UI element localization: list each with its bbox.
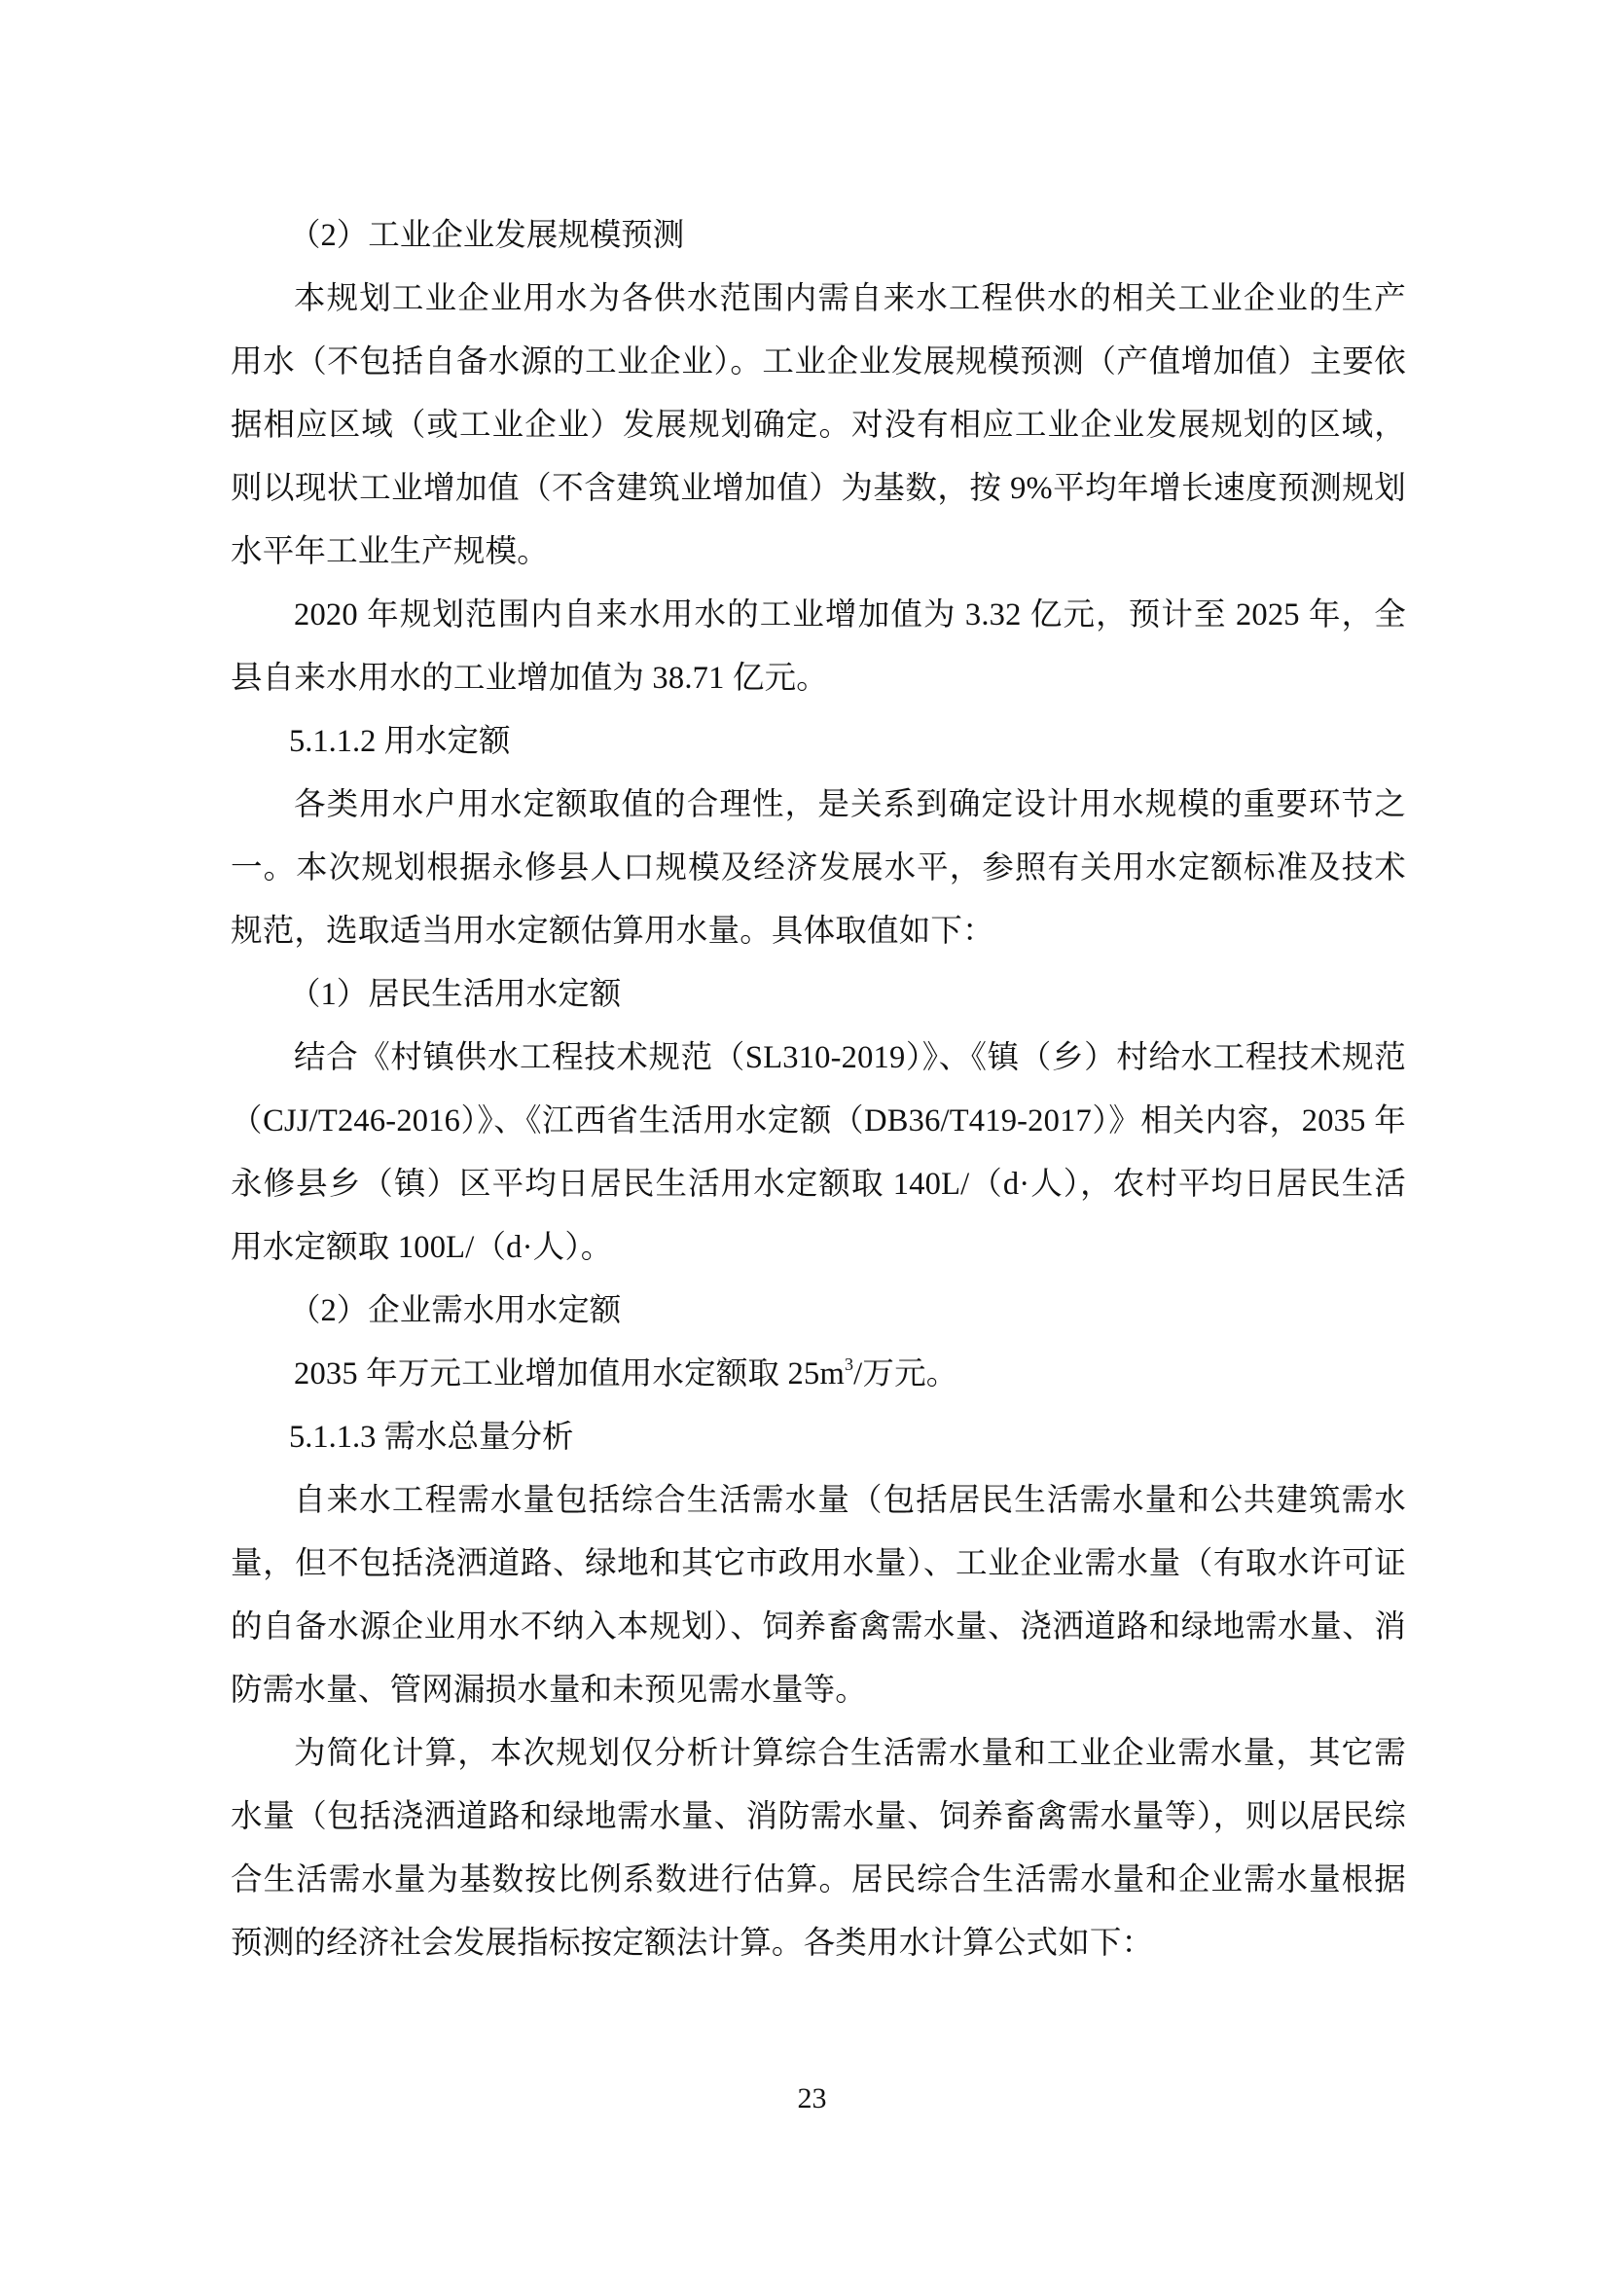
- paragraph-industrial-water-use: 本规划工业企业用水为各供水范围内需自来水工程供水的相关工业企业的生产用水（不包括…: [231, 268, 1406, 584]
- paragraph-residential-quota: 结合《村镇供水工程技术规范（SL310-2019）》、《镇（乡）村给水工程技术规…: [231, 1027, 1406, 1280]
- paragraph-demand-components: 自来水工程需水量包括综合生活需水量（包括居民生活需水量和公共建筑需水量，但不包括…: [231, 1469, 1406, 1722]
- subheading-industrial-scale-forecast: （2）工业企业发展规模预测: [231, 204, 1406, 268]
- enterprise-quota-unit: /万元。: [853, 1356, 957, 1391]
- subheading-enterprise-quota: （2）企业需水用水定额: [231, 1280, 1406, 1343]
- enterprise-quota-text: 2035 年万元工业增加值用水定额取 25m: [294, 1356, 845, 1391]
- paragraph-enterprise-quota: 2035 年万元工业增加值用水定额取 25m3/万元。: [231, 1343, 1406, 1406]
- subheading-residential-quota: （1）居民生活用水定额: [231, 963, 1406, 1027]
- section-heading-water-quota: 5.1.1.2 用水定额: [231, 710, 1406, 774]
- paragraph-quota-rationale: 各类用水户用水定额取值的合理性，是关系到确定设计用水规模的重要环节之一。本次规划…: [231, 774, 1406, 963]
- page-content: （2）工业企业发展规模预测 本规划工业企业用水为各供水范围内需自来水工程供水的相…: [231, 204, 1406, 1975]
- unit-superscript: 3: [845, 1355, 853, 1374]
- page-number: 23: [0, 2082, 1624, 2115]
- paragraph-simplified-calculation: 为简化计算，本次规划仅分析计算综合生活需水量和工业企业需水量，其它需水量（包括浇…: [231, 1722, 1406, 1975]
- document-page: （2）工业企业发展规模预测 本规划工业企业用水为各供水范围内需自来水工程供水的相…: [0, 0, 1624, 2276]
- section-heading-total-demand: 5.1.1.3 需水总量分析: [231, 1406, 1406, 1469]
- paragraph-industrial-added-value: 2020 年规划范围内自来水用水的工业增加值为 3.32 亿元，预计至 2025…: [231, 584, 1406, 710]
